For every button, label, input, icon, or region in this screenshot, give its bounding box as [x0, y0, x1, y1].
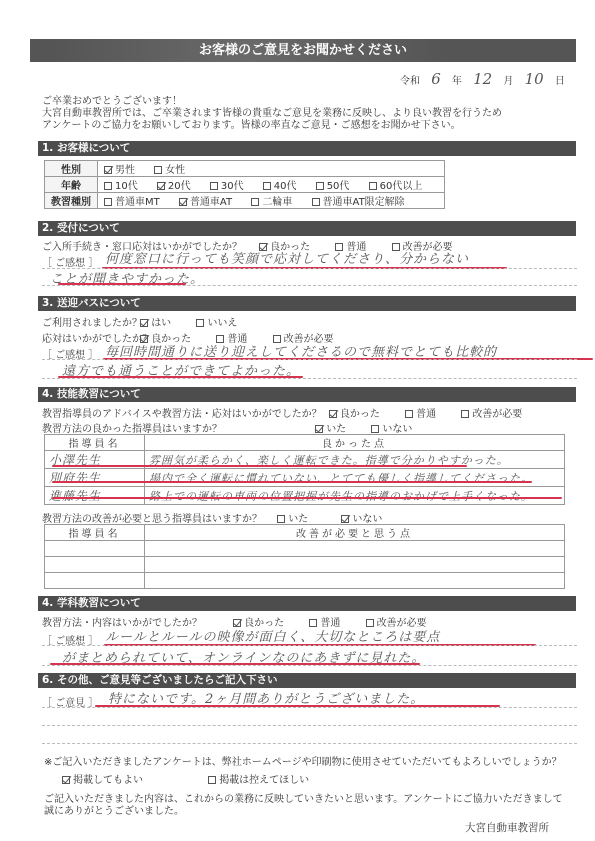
- section6-heading: 6. その他、ご意見等ございましたらご記入下さい: [38, 673, 576, 688]
- option-at-limit-release[interactable]: 普通車AT限定解除: [312, 193, 405, 208]
- option-needs-improvement[interactable]: 改善が必要: [461, 405, 522, 420]
- red-underline: [52, 481, 532, 483]
- red-underline: [52, 465, 467, 467]
- customer-info-table: 性別 男性 女性 年齢 10代 20代 30代 40代 50代 60代以上 教習…: [44, 160, 445, 209]
- good-instructor-table: 指導員名 良かった点 小澤先生 雰囲気が柔らかく、楽しく運転できた。指導で分かり…: [44, 434, 565, 505]
- date-line: 令和 6 年 12 月 10 日: [400, 70, 580, 88]
- section4-q3: 教習方法の改善が必要と思う指導員はいますか？ いた いない: [42, 510, 404, 525]
- option-mt[interactable]: 普通車MT: [104, 193, 160, 208]
- consent-question: ※ご記入いただきましたアンケートは、弊社ホームページや印刷物に使用させていただい…: [44, 757, 562, 769]
- option-yes[interactable]: いた: [277, 510, 308, 525]
- table-row: 進藤先生 路上での運転の車両の位置把握が先生の指導のおかげで上手くなった。: [45, 487, 565, 505]
- section1-heading: 1. お客様について: [38, 141, 576, 156]
- option-10s[interactable]: 10代: [104, 177, 138, 192]
- form-title: お客様のご意見をお聞かせください: [30, 39, 576, 62]
- option-motorcycle[interactable]: 二輪車: [251, 193, 292, 208]
- improve-instructor-table: 指導員名 改善が必要と思う点: [44, 524, 565, 589]
- school-name: 大宮自動車教習所: [465, 820, 549, 835]
- date-month[interactable]: 12: [473, 70, 492, 88]
- comment-text[interactable]: 何度窓口に行っても笑顔で応対してくださり、分からない: [105, 248, 469, 267]
- section2-heading: 2. 受付について: [38, 221, 576, 236]
- table-row: [45, 541, 565, 557]
- option-30s[interactable]: 30代: [210, 177, 244, 192]
- option-50s[interactable]: 50代: [316, 177, 350, 192]
- checkbox-icon: [104, 166, 112, 174]
- option-40s[interactable]: 40代: [263, 177, 297, 192]
- option-yes[interactable]: はい: [140, 314, 171, 329]
- consent-options: 掲載してもよい 掲載は控えてほしい: [62, 771, 331, 786]
- section3-q1: ご利用されましたか？ はい いいえ: [42, 314, 259, 329]
- course-row: 教習種別 普通車MT 普通車AT 二輪車 普通車AT限定解除: [45, 193, 445, 209]
- option-no[interactable]: いない: [371, 420, 412, 435]
- table-row: [45, 573, 565, 589]
- option-deny-publish[interactable]: 掲載は控えてほしい: [208, 771, 309, 786]
- age-row: 年齢 10代 20代 30代 40代 50代 60代以上: [45, 177, 445, 193]
- intro-text: ご卒業おめでとうございます！ 大宮自動車教習所では、ご卒業されます皆様の貴重なご…: [42, 96, 582, 132]
- table-row: [45, 557, 565, 573]
- table-row: 別府先生 場内で全く運転に慣れていない、とてても優しく指導してくださった。: [45, 469, 565, 487]
- option-allow-publish[interactable]: 掲載してもよい: [62, 771, 143, 786]
- option-male[interactable]: 男性: [104, 161, 135, 176]
- option-no[interactable]: いいえ: [196, 314, 237, 329]
- section4-q2: 教習方法の良かった指導員はいますか？ いた いない: [42, 420, 434, 435]
- option-no[interactable]: いない: [341, 510, 382, 525]
- date-era: 令和: [400, 76, 420, 87]
- option-yes[interactable]: いた: [315, 420, 346, 435]
- date-year[interactable]: 6: [431, 70, 441, 88]
- option-60s[interactable]: 60代以上: [369, 177, 423, 192]
- gender-row: 性別 男性 女性: [45, 161, 445, 177]
- section5-heading: 4. 学科教習について: [38, 596, 576, 611]
- section4-q1: 教習指導員のアドバイスや教習方法・応対はいかがでしたか？ 良かった 普通 改善が…: [42, 405, 544, 420]
- comment-text[interactable]: ルールとルールの映像が面白く、大切なところは要点: [105, 626, 440, 645]
- closing-text: ご記入いただきました内容は、これからの業務に反映していきたいと思います。アンケー…: [44, 794, 563, 818]
- section4-heading: 4. 技能教習について: [38, 387, 576, 402]
- checkbox-icon: [154, 166, 162, 174]
- comment-label: ［ ご感想 ］: [42, 254, 98, 269]
- option-normal[interactable]: 普通: [405, 405, 436, 420]
- option-at[interactable]: 普通車AT: [179, 193, 232, 208]
- red-underline: [52, 497, 562, 499]
- option-female[interactable]: 女性: [154, 161, 185, 176]
- option-good[interactable]: 良かった: [329, 405, 380, 420]
- option-20s[interactable]: 20代: [157, 177, 191, 192]
- section3-heading: 3. 送迎バスについて: [38, 296, 576, 311]
- date-day[interactable]: 10: [525, 70, 544, 88]
